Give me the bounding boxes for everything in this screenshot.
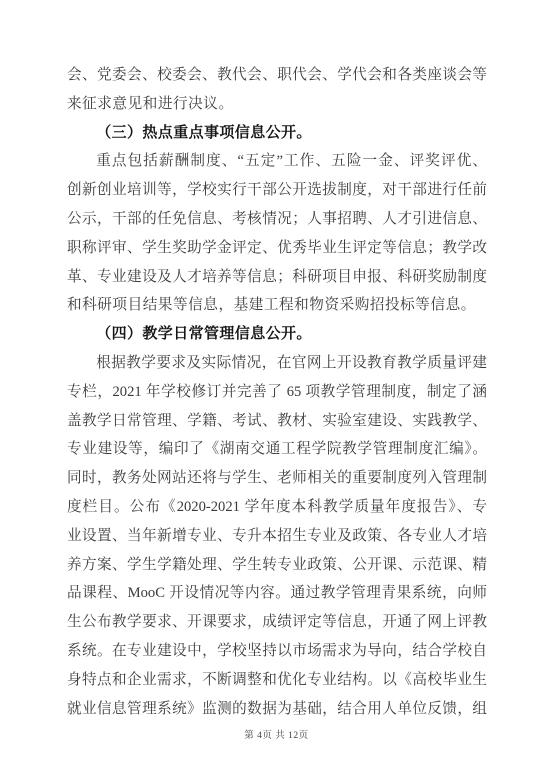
- text-line: 盖教学日常管理、学籍、考试、教材、实验室建设、实践教学、: [67, 407, 487, 436]
- text-line: 重点包括薪酬制度、“五定”工作、五险一金、评奖评优、: [67, 147, 487, 176]
- text-line: 公示，干部的任免信息、考核情况；人事招聘、人才引进信息、: [67, 205, 487, 234]
- text-line: 根据教学要求及实际情况，在官网上开设教育教学质量评建: [67, 349, 487, 378]
- text-line: 和科研项目结果等信息，基建工程和物资采购招投标等信息。: [67, 291, 487, 320]
- text-line: 会、党委会、校委会、教代会、职代会、学代会和各类座谈会等: [67, 61, 487, 90]
- section-heading-4: （四）教学日常管理信息公开。: [67, 320, 487, 349]
- text-line: 品课程、MooC 开设情况等内容。通过教学管理青果系统，向师: [67, 579, 487, 608]
- text-line: 同时，教务处网站还将与学生、老师相关的重要制度列入管理制: [67, 464, 487, 493]
- text-line: 职称评审、学生奖助学金评定、优秀毕业生评定等信息；教学改: [67, 234, 487, 263]
- text-line: 身特点和企业需求，不断调整和优化专业结构。以《高校毕业生: [67, 666, 487, 695]
- section-heading-3: （三）热点重点事项信息公开。: [67, 119, 487, 148]
- text-line: 养方案、学生学籍处理、学生转专业政策、公开课、示范课、精: [67, 551, 487, 580]
- text-line: 就业信息管理系统》监测的数据为基础，结合用人单位反馈，组: [67, 695, 487, 724]
- text-line: 创新创业培训等，学校实行干部公开选拔制度，对干部进行任前: [67, 176, 487, 205]
- document-page: 会、党委会、校委会、教代会、职代会、学代会和各类座谈会等 来征求意见和进行决议。…: [0, 0, 553, 784]
- text-line: 专业建设等，编印了《湖南交通工程学院教学管理制度汇编》。: [67, 435, 487, 464]
- text-line: 度栏目。公布《2020-2021 学年度本科教学质量年度报告》、专: [67, 493, 487, 522]
- text-line: 业设置、当年新增专业、专升本招生专业及政策、各专业人才培: [67, 522, 487, 551]
- text-line: 生公布教学要求、开课要求，成绩评定等信息，开通了网上评教: [67, 608, 487, 637]
- text-line: 系统。在专业建设中，学校坚持以市场需求为导向，结合学校自: [67, 637, 487, 666]
- page-number-footer: 第 4页 共 12页: [0, 727, 553, 741]
- text-line: 革、专业建设及人才培养等信息；科研项目申报、科研奖励制度: [67, 263, 487, 292]
- text-block: 会、党委会、校委会、教代会、职代会、学代会和各类座谈会等 来征求意见和进行决议。…: [67, 61, 487, 723]
- text-line: 来征求意见和进行决议。: [67, 90, 487, 119]
- text-line: 专栏，2021 年学校修订并完善了 65 项教学管理制度，制定了涵: [67, 378, 487, 407]
